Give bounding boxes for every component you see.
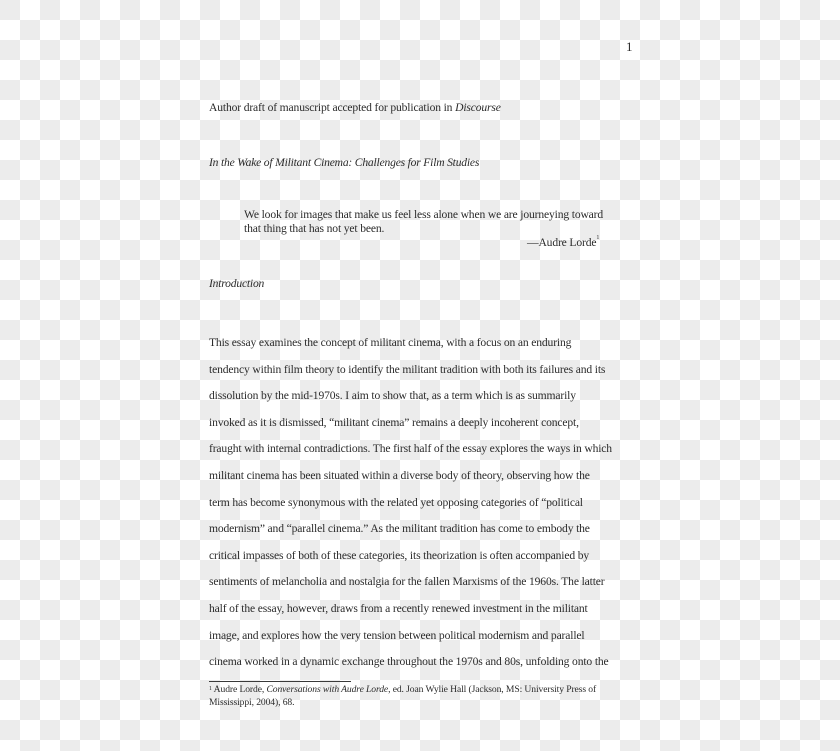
document-page: 1 Author draft of manuscript accepted fo…: [0, 0, 840, 751]
draft-note-text: Author draft of manuscript accepted for …: [209, 101, 455, 114]
body-line: sentiments of melancholia and nostalgia …: [209, 569, 633, 596]
body-line: critical impasses of both of these categ…: [209, 543, 633, 570]
footnote-separator: [209, 681, 351, 682]
draft-note: Author draft of manuscript accepted for …: [209, 101, 501, 114]
body-line: militant cinema has been situated within…: [209, 463, 633, 490]
footnote-line: 1 Audre Lorde, Conversations with Audre …: [209, 684, 639, 697]
footnote-reference[interactable]: 1: [596, 235, 599, 241]
body-line: dissolution by the mid-1970s. I aim to s…: [209, 383, 633, 410]
attribution-text: —Audre Lorde: [527, 236, 596, 249]
footnote: 1 Audre Lorde, Conversations with Audre …: [209, 684, 639, 709]
section-heading: Introduction: [209, 277, 264, 290]
footnote-marker: 1: [209, 686, 212, 692]
footnote-book-title: Conversations with Audre Lorde: [266, 684, 388, 695]
footnote-author: Audre Lorde,: [212, 684, 267, 695]
body-paragraph: This essay examines the concept of milit…: [209, 330, 633, 676]
essay-title: In the Wake of Militant Cinema: Challeng…: [209, 156, 479, 169]
epigraph-line: that thing that has not yet been.: [244, 222, 624, 236]
body-line: tendency within film theory to identify …: [209, 357, 633, 384]
page-number: 1: [626, 39, 633, 55]
footnote-line: Mississippi, 2004), 68.: [209, 697, 639, 710]
body-line: fraught with internal contradictions. Th…: [209, 436, 633, 463]
epigraph: We look for images that make us feel les…: [244, 208, 624, 236]
epigraph-line: We look for images that make us feel les…: [244, 208, 624, 222]
body-line: cinema worked in a dynamic exchange thro…: [209, 649, 633, 676]
footnote-citation: , ed. Joan Wylie Hall (Jackson, MS: Univ…: [388, 684, 596, 695]
body-line: half of the essay, however, draws from a…: [209, 596, 633, 623]
body-line: modernism” and “parallel cinema.” As the…: [209, 516, 633, 543]
journal-name: Discourse: [455, 101, 501, 114]
body-line: This essay examines the concept of milit…: [209, 330, 633, 357]
body-line: image, and explores how the very tension…: [209, 623, 633, 650]
body-line: invoked as it is dismissed, “militant ci…: [209, 410, 633, 437]
epigraph-attribution: —Audre Lorde1: [527, 236, 599, 249]
body-line: term has become synonymous with the rela…: [209, 490, 633, 517]
